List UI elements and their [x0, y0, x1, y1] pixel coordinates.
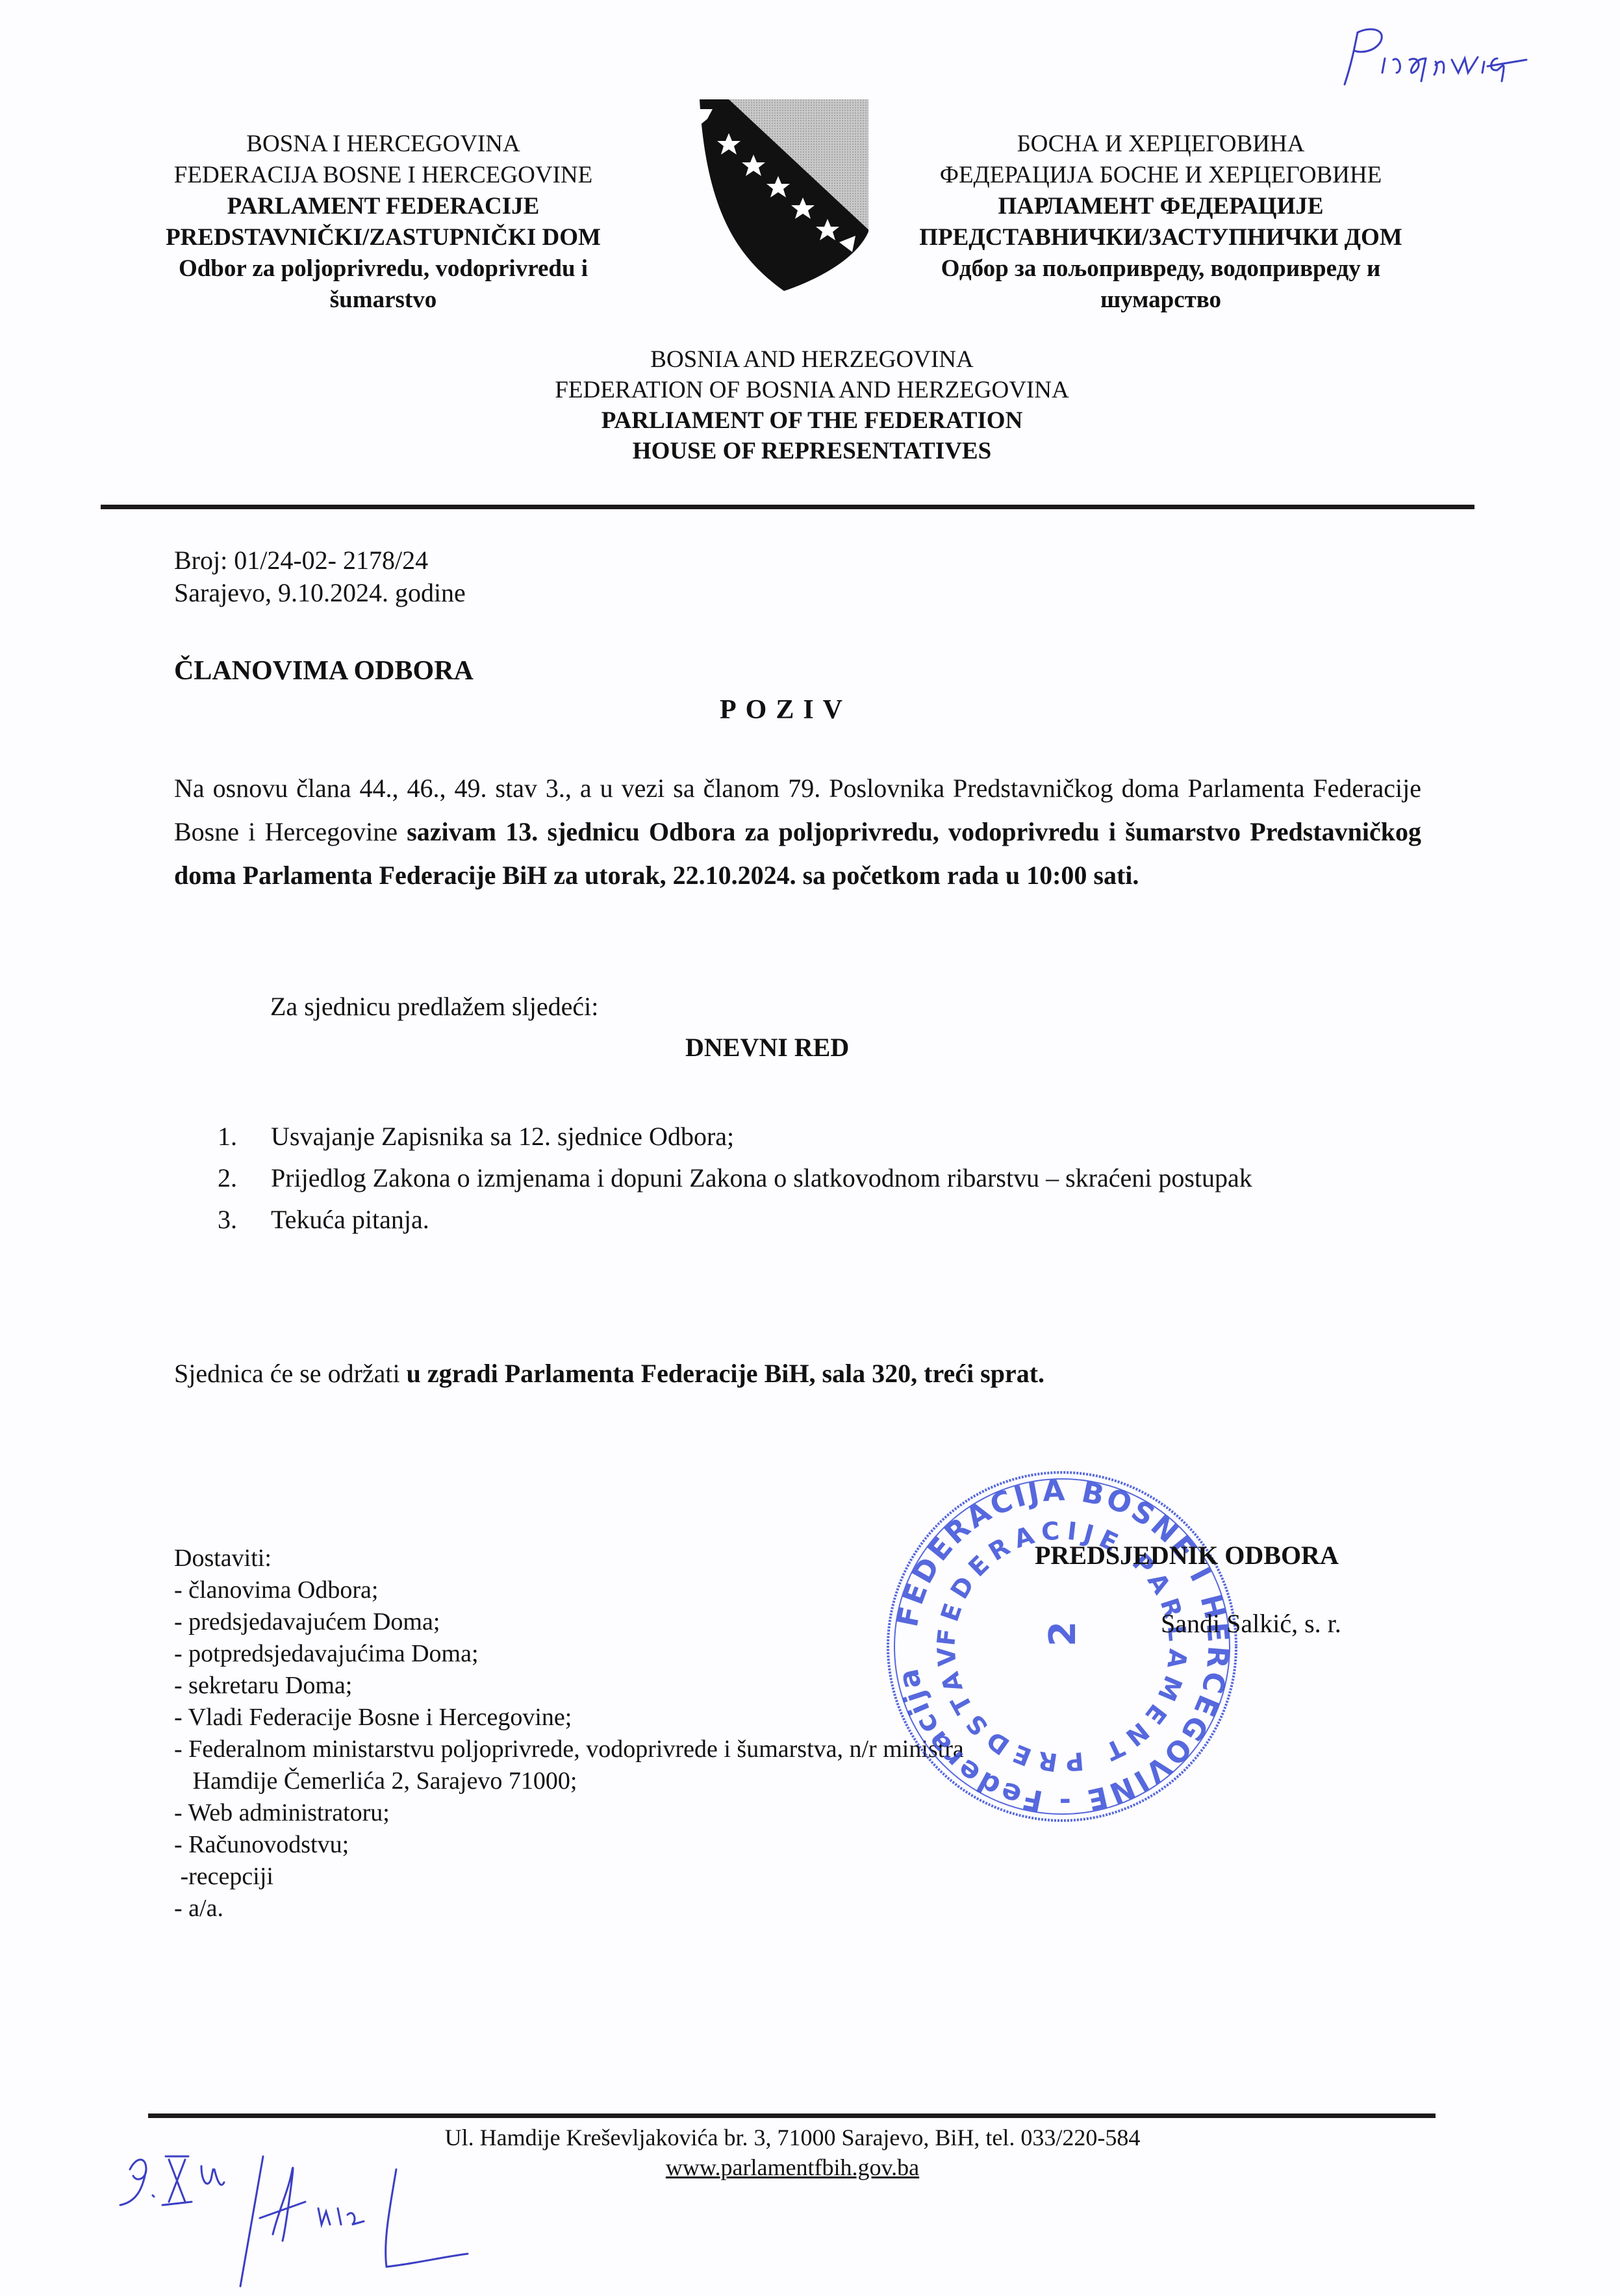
header-committee: Odbor za poljoprivredu, vodoprivredu i	[136, 253, 630, 284]
header-parliament-cyr: ПАРЛАМЕНТ ФЕДЕРАЦИЈЕ	[904, 191, 1417, 222]
coat-of-arms-icon	[693, 96, 868, 291]
agenda-item-text: Tekuća pitanja.	[271, 1205, 429, 1234]
header-federation-cyr: ФЕДЕРАЦИЈА БОСНЕ И ХЕРЦЕГОВИНЕ	[904, 160, 1417, 191]
svg-text:2: 2	[1042, 1621, 1084, 1646]
signatory-title: PREDSJEDNIK ODBORA	[1035, 1539, 1339, 1572]
distribution-item: - Računovodstvu;	[174, 1829, 964, 1861]
footer-divider	[148, 2113, 1436, 2118]
distribution-item: - a/a.	[174, 1893, 964, 1924]
distribution-item: - Web administratoru;	[174, 1797, 964, 1829]
distribution-item: - Federalnom ministarstvu poljoprivrede,…	[174, 1734, 964, 1765]
addressee: ČLANOVIMA ODBORA	[174, 655, 474, 687]
header-committee-cont-cyr: шумарство	[904, 284, 1417, 316]
footer-website-link[interactable]: www.parlamentfbih.gov.ba	[666, 2154, 919, 2180]
agenda-item-number: 2.	[218, 1157, 237, 1199]
signatory-name: Sandi Salkić, s. r.	[1161, 1608, 1341, 1640]
agenda-title: DNEVNI RED	[685, 1031, 849, 1064]
distribution-item: - Vladi Federacije Bosne i Hercegovine;	[174, 1702, 964, 1734]
header-country-en: BOSNIA AND HERZEGOVINA	[390, 344, 1234, 375]
document-date: Sarajevo, 9.10.2024. godine	[174, 577, 466, 609]
header-parliament-en: PARLIAMENT OF THE FEDERATION	[390, 405, 1234, 436]
location-details: u zgradi Parlamenta Federacije BiH, sala…	[407, 1359, 1044, 1388]
session-location: Sjednica će se održati u zgradi Parlamen…	[174, 1357, 1044, 1390]
distribution-item: - sekretaru Doma;	[174, 1670, 964, 1702]
distribution-item: -recepciji	[174, 1861, 964, 1893]
agenda-list: 1.Usvajanje Zapisnika sa 12. sjednice Od…	[218, 1116, 1426, 1241]
header-parliament: PARLAMENT FEDERACIJE	[136, 191, 630, 222]
header-cyrillic: БОСНА И ХЕРЦЕГОВИНА ФЕДЕРАЦИЈА БОСНЕ И Х…	[904, 129, 1417, 316]
agenda-item-text: Prijedlog Zakona o izmjenama i dopuni Za…	[271, 1163, 1252, 1192]
distribution-item: - predsjedavajućem Doma;	[174, 1606, 964, 1638]
agenda-intro: Za sjednicu predlažem sljedeći:	[270, 990, 598, 1023]
distribution-item: - potpredsjedavajućima Doma;	[174, 1638, 964, 1670]
distribution-item: Hamdije Čemerlića 2, Sarajevo 71000;	[174, 1765, 964, 1797]
distribution-list: Dostaviti: - članovima Odbora; - predsje…	[174, 1543, 964, 1924]
agenda-item: 2.Prijedlog Zakona o izmjenama i dopuni …	[218, 1157, 1426, 1199]
handwritten-registry-note	[1332, 19, 1539, 91]
header-house: PREDSTAVNIČKI/ZASTUPNIČKI DOM	[136, 222, 630, 253]
distribution-label: Dostaviti:	[174, 1543, 964, 1574]
header-committee-cont: šumarstvo	[136, 284, 630, 316]
agenda-item-number: 1.	[218, 1116, 237, 1157]
header-house-en: HOUSE OF REPRESENTATIVES	[390, 436, 1234, 466]
header-latin: BOSNA I HERCEGOVINA FEDERACIJA BOSNE I H…	[136, 129, 630, 316]
header-federation-en: FEDERATION OF BOSNIA AND HERZEGOVINA	[390, 375, 1234, 405]
agenda-item-number: 3.	[218, 1199, 237, 1241]
document-title: POZIV	[720, 694, 852, 726]
agenda-item: 3.Tekuća pitanja.	[218, 1199, 1426, 1241]
header-federation: FEDERACIJA BOSNE I HERCEGOVINE	[136, 160, 630, 191]
header-country-cyr: БОСНА И ХЕРЦЕГОВИНА	[904, 129, 1417, 160]
distribution-item: - članovima Odbora;	[174, 1574, 964, 1606]
invitation-paragraph: Na osnovu člana 44., 46., 49. stav 3., a…	[174, 766, 1421, 897]
header-country: BOSNA I HERCEGOVINA	[136, 129, 630, 160]
header-divider	[101, 505, 1474, 509]
header-house-cyr: ПРЕДСТАВНИЧКИ/ЗАСТУПНИЧКИ ДОМ	[904, 222, 1417, 253]
agenda-item-text: Usvajanje Zapisnika sa 12. sjednice Odbo…	[271, 1122, 734, 1151]
agenda-item: 1.Usvajanje Zapisnika sa 12. sjednice Od…	[218, 1116, 1426, 1157]
header-committee-cyr: Одбор за пољопривреду, водопривреду и	[904, 253, 1417, 284]
handwritten-receipt-note	[110, 2130, 578, 2293]
official-stamp-icon: FEDERACIJA BOSNE I HERCEGOVINE - Federac…	[880, 1458, 1244, 1835]
location-intro: Sjednica će se održati	[174, 1359, 407, 1388]
document-reference: Broj: 01/24-02- 2178/24 Sarajevo, 9.10.2…	[174, 544, 466, 609]
header-english: BOSNIA AND HERZEGOVINA FEDERATION OF BOS…	[390, 344, 1234, 466]
document-number: Broj: 01/24-02- 2178/24	[174, 544, 466, 577]
